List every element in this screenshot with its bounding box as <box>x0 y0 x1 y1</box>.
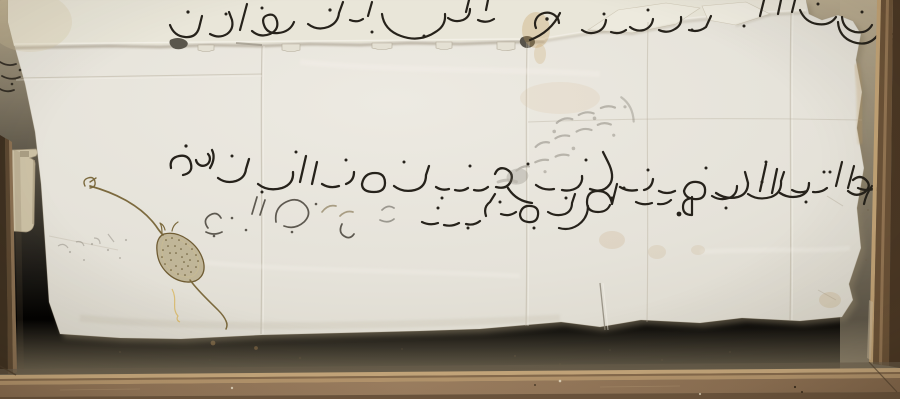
framed-manuscript-photo <box>0 0 900 399</box>
photo-vignette <box>0 0 900 399</box>
photo-canvas <box>0 0 900 399</box>
